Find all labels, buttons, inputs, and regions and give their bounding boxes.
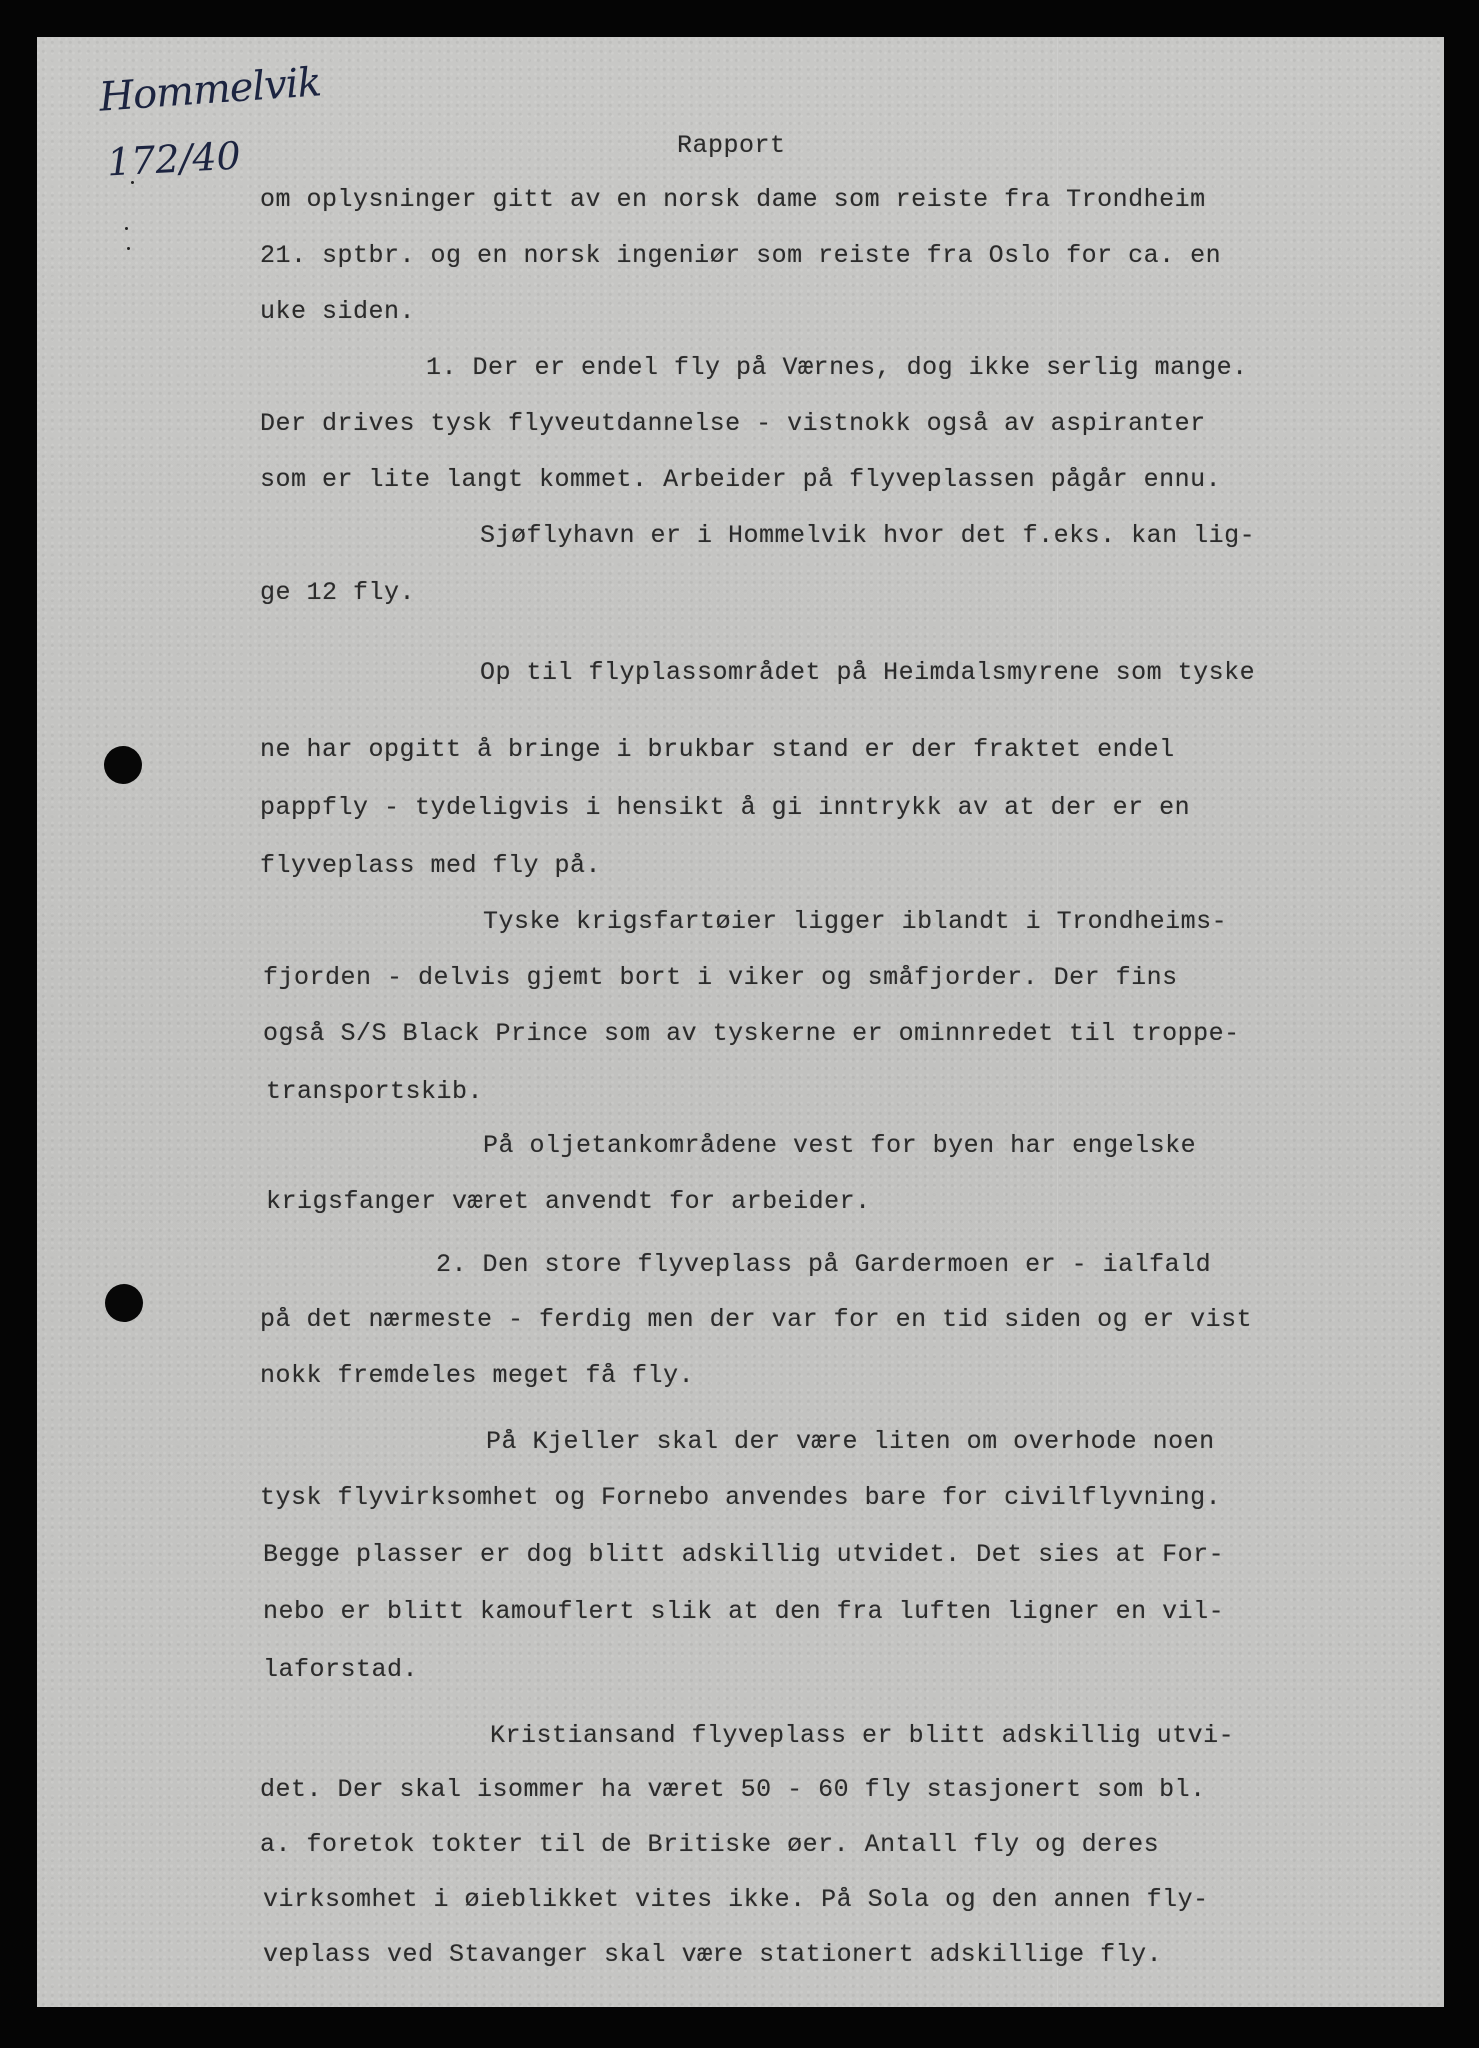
text-line: pappfly - tydeligvis i hensikt å gi innt… bbox=[260, 793, 1190, 822]
text-line: 2. Den store flyveplass på Gardermoen er… bbox=[436, 1250, 1211, 1279]
text-line: om oplysninger gitt av en norsk dame som… bbox=[260, 185, 1206, 214]
text-line: som er lite langt kommet. Arbeider på fl… bbox=[260, 465, 1221, 494]
paper-speck bbox=[125, 227, 128, 230]
text-line: Begge plasser er dog blitt adskillig utv… bbox=[263, 1540, 1224, 1569]
text-line: fjorden - delvis gjemt bort i viker og s… bbox=[263, 963, 1178, 992]
punch-hole-icon bbox=[105, 1284, 143, 1322]
text-line: transportskib. bbox=[266, 1077, 483, 1106]
text-line: Der drives tysk flyveutdannelse - vistno… bbox=[260, 409, 1206, 438]
text-line: virksomhet i øieblikket vites ikke. På S… bbox=[263, 1885, 1209, 1914]
text-line: krigsfanger været anvendt for arbeider. bbox=[266, 1187, 871, 1216]
text-line: På oljetankområdene vest for byen har en… bbox=[483, 1131, 1196, 1160]
handwritten-annotation-number: 172/40 bbox=[106, 134, 242, 185]
text-line: også S/S Black Prince som av tyskerne er… bbox=[263, 1019, 1240, 1048]
document-title: Rapport bbox=[677, 131, 786, 160]
punch-hole-icon bbox=[104, 746, 142, 784]
scanned-page: Hommelvik 172/40 Rapport om oplysninger … bbox=[37, 37, 1444, 2007]
text-line: flyveplass med fly på. bbox=[260, 851, 601, 880]
text-line: a. foretok tokter til de Britiske øer. A… bbox=[260, 1830, 1159, 1859]
text-line: tysk flyvirksomhet og Fornebo anvendes b… bbox=[260, 1483, 1221, 1512]
text-line: Tyske krigsfartøier ligger iblandt i Tro… bbox=[483, 907, 1227, 936]
text-line: 21. sptbr. og en norsk ingeniør som reis… bbox=[260, 241, 1221, 270]
text-line: på det nærmeste - ferdig men der var for… bbox=[260, 1305, 1252, 1334]
text-line: ne har opgitt å bringe i brukbar stand e… bbox=[260, 735, 1175, 764]
text-line: nokk fremdeles meget få fly. bbox=[260, 1361, 694, 1390]
text-line: 1. Der er endel fly på Værnes, dog ikke … bbox=[426, 353, 1248, 382]
text-line: Sjøflyhavn er i Hommelvik hvor det f.eks… bbox=[480, 521, 1255, 550]
paper-speck bbox=[127, 247, 130, 250]
text-line: nebo er blitt kamouflert slik at den fra… bbox=[263, 1597, 1224, 1626]
text-line: uke siden. bbox=[260, 297, 415, 326]
text-line: veplass ved Stavanger skal være statione… bbox=[263, 1940, 1162, 1969]
text-line: det. Der skal isommer ha været 50 - 60 f… bbox=[260, 1775, 1206, 1804]
text-line: ge 12 fly. bbox=[260, 578, 415, 607]
handwritten-annotation-name: Hommelvik bbox=[98, 59, 323, 120]
text-line: laforstad. bbox=[263, 1655, 418, 1684]
text-line: Kristiansand flyveplass er blitt adskill… bbox=[490, 1721, 1234, 1750]
text-line: På Kjeller skal der være liten om overho… bbox=[486, 1427, 1215, 1456]
text-line: Op til flyplassområdet på Heimdalsmyrene… bbox=[480, 658, 1255, 687]
paper-speck bbox=[131, 181, 134, 184]
